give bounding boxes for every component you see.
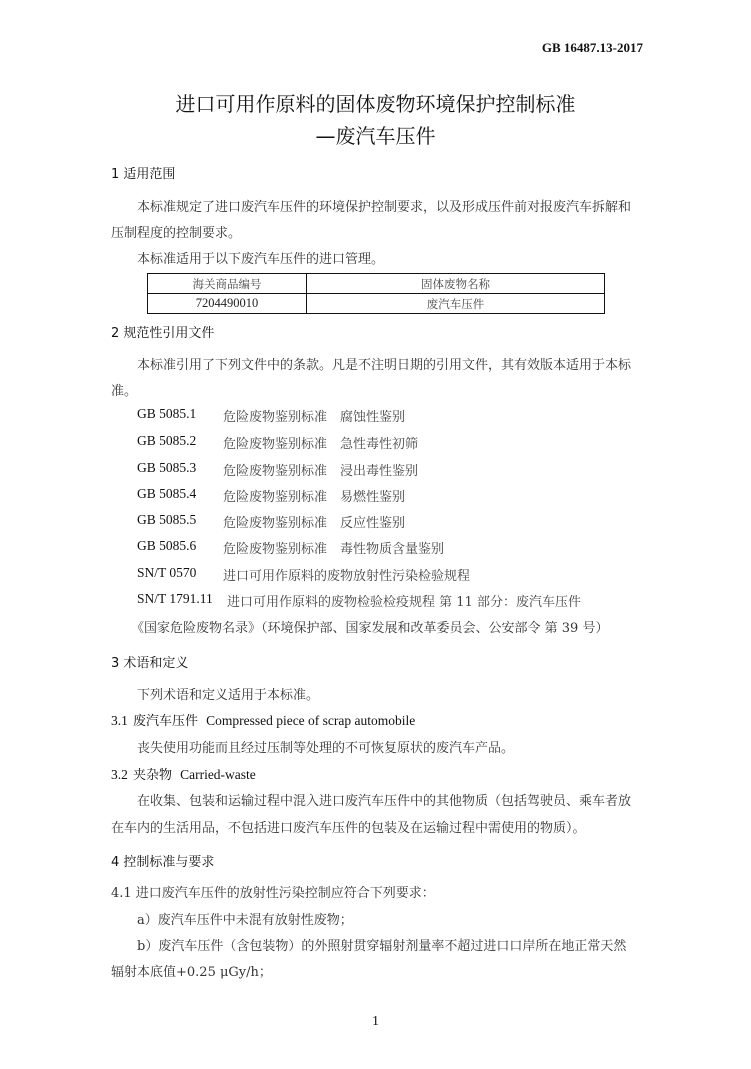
standard-code: GB 16487.13-2017: [542, 40, 643, 56]
clause-4-1: 4.1 进口废汽车压件的放射性污染控制应符合下列要求：: [111, 882, 435, 901]
table-header-cell: 固体废物名称: [307, 274, 605, 294]
table-cell-name: 废汽车压件: [307, 294, 605, 314]
reference-title: 危险废物鉴别标准 毒性物质含量鉴别: [223, 538, 444, 557]
reference-code: GB 5085.5: [137, 512, 196, 528]
section-1-heading: 1 适用范围: [111, 163, 175, 182]
clause-4-1-item-b-line1: b）废汽车压件（含包装物）的外照射贯穿辐射剂量率不超过进口口岸所在地正常天然: [137, 935, 626, 954]
reference-code: GB 5085.2: [137, 433, 196, 449]
section-3-heading: 3 术语和定义: [111, 652, 188, 671]
reference-title: 危险废物鉴别标准 易燃性鉴别: [223, 486, 405, 505]
term-name: 废汽车压件: [133, 714, 198, 729]
clause-4-1-item-b-line2: 辐射本底值+0.25 μGy/h；: [111, 961, 272, 980]
section-3-intro: 下列术语和定义适用于本标准。: [137, 684, 319, 703]
term-3-1-definition: 丧失使用功能而且经过压制等处理的不可恢复原状的废汽车产品。: [137, 737, 514, 756]
term-3-2-definition-line1: 在收集、包装和运输过程中混入进口废汽车压件中的其他物质（包括驾驶员、乘车者放: [137, 790, 631, 809]
section-1-para2: 本标准适用于以下废汽车压件的进口管理。: [137, 248, 384, 267]
reference-code: GB 5085.1: [137, 406, 196, 422]
table-header-row: 海关商品编号 固体废物名称: [148, 274, 605, 294]
section-2-heading: 2 规范性引用文件: [111, 322, 214, 341]
term-3-2-definition-line2: 在车内的生活用品，不包括进口废汽车压件的包装及在运输过程中需使用的物质）。: [111, 817, 586, 836]
reference-code: GB 5085.6: [137, 538, 196, 554]
section-1-para1-line1: 本标准规定了进口废汽车压件的环境保护控制要求，以及形成压件前对报废汽车拆解和: [137, 196, 631, 215]
table-row: 7204490010 废汽车压件: [148, 294, 605, 314]
page-number: 1: [0, 1014, 751, 1030]
reference-title: 危险废物鉴别标准 浸出毒性鉴别: [223, 460, 418, 479]
term-3-2-heading: 3.2 夹杂物 Carried-waste: [111, 764, 256, 783]
reference-code: GB 5085.3: [137, 460, 196, 476]
customs-code-table: 海关商品编号 固体废物名称 7204490010 废汽车压件: [147, 273, 605, 314]
term-english: Compressed piece of scrap automobile: [206, 713, 415, 728]
term-number: 3.1: [111, 713, 128, 728]
term-english: Carried-waste: [180, 767, 256, 782]
term-3-1-heading: 3.1 废汽车压件 Compressed piece of scrap auto…: [111, 710, 415, 729]
table-header-cell: 海关商品编号: [148, 274, 307, 294]
reference-title: 进口可用作原料的废物检验检疫规程 第 11 部分：废汽车压件: [227, 591, 581, 610]
reference-title: 进口可用作原料的废物放射性污染检验规程: [223, 565, 470, 584]
clause-4-1-item-a: a）废汽车压件中未混有放射性废物；: [137, 909, 353, 928]
term-name: 夹杂物: [133, 768, 172, 783]
reference-code: SN/T 0570: [137, 565, 196, 581]
section-2-para-line1: 本标准引用了下列文件中的条款。凡是不注明日期的引用文件，其有效版本适用于本标: [137, 354, 631, 373]
reference-title: 危险废物鉴别标准 反应性鉴别: [223, 512, 405, 531]
reference-title: 危险废物鉴别标准 急性毒性初筛: [223, 433, 418, 452]
reference-code: GB 5085.4: [137, 486, 196, 502]
section-1-para1-line2: 压制程度的控制要求。: [111, 222, 241, 241]
reference-code: SN/T 1791.11: [137, 591, 213, 607]
table-cell-code: 7204490010: [148, 294, 307, 314]
reference-title: 危险废物鉴别标准 腐蚀性鉴别: [223, 406, 405, 425]
section-4-heading: 4 控制标准与要求: [111, 851, 214, 870]
term-number: 3.2: [111, 767, 128, 782]
document-title-line2: —废汽车压件: [0, 120, 751, 149]
document-title-line1: 进口可用作原料的固体废物环境保护控制标准: [0, 88, 751, 117]
section-2-para-line2: 准。: [111, 380, 137, 399]
reference-catalog: 《国家危险废物名录》（环境保护部、国家发展和改革委员会、公安部令 第 39 号）: [131, 617, 608, 636]
